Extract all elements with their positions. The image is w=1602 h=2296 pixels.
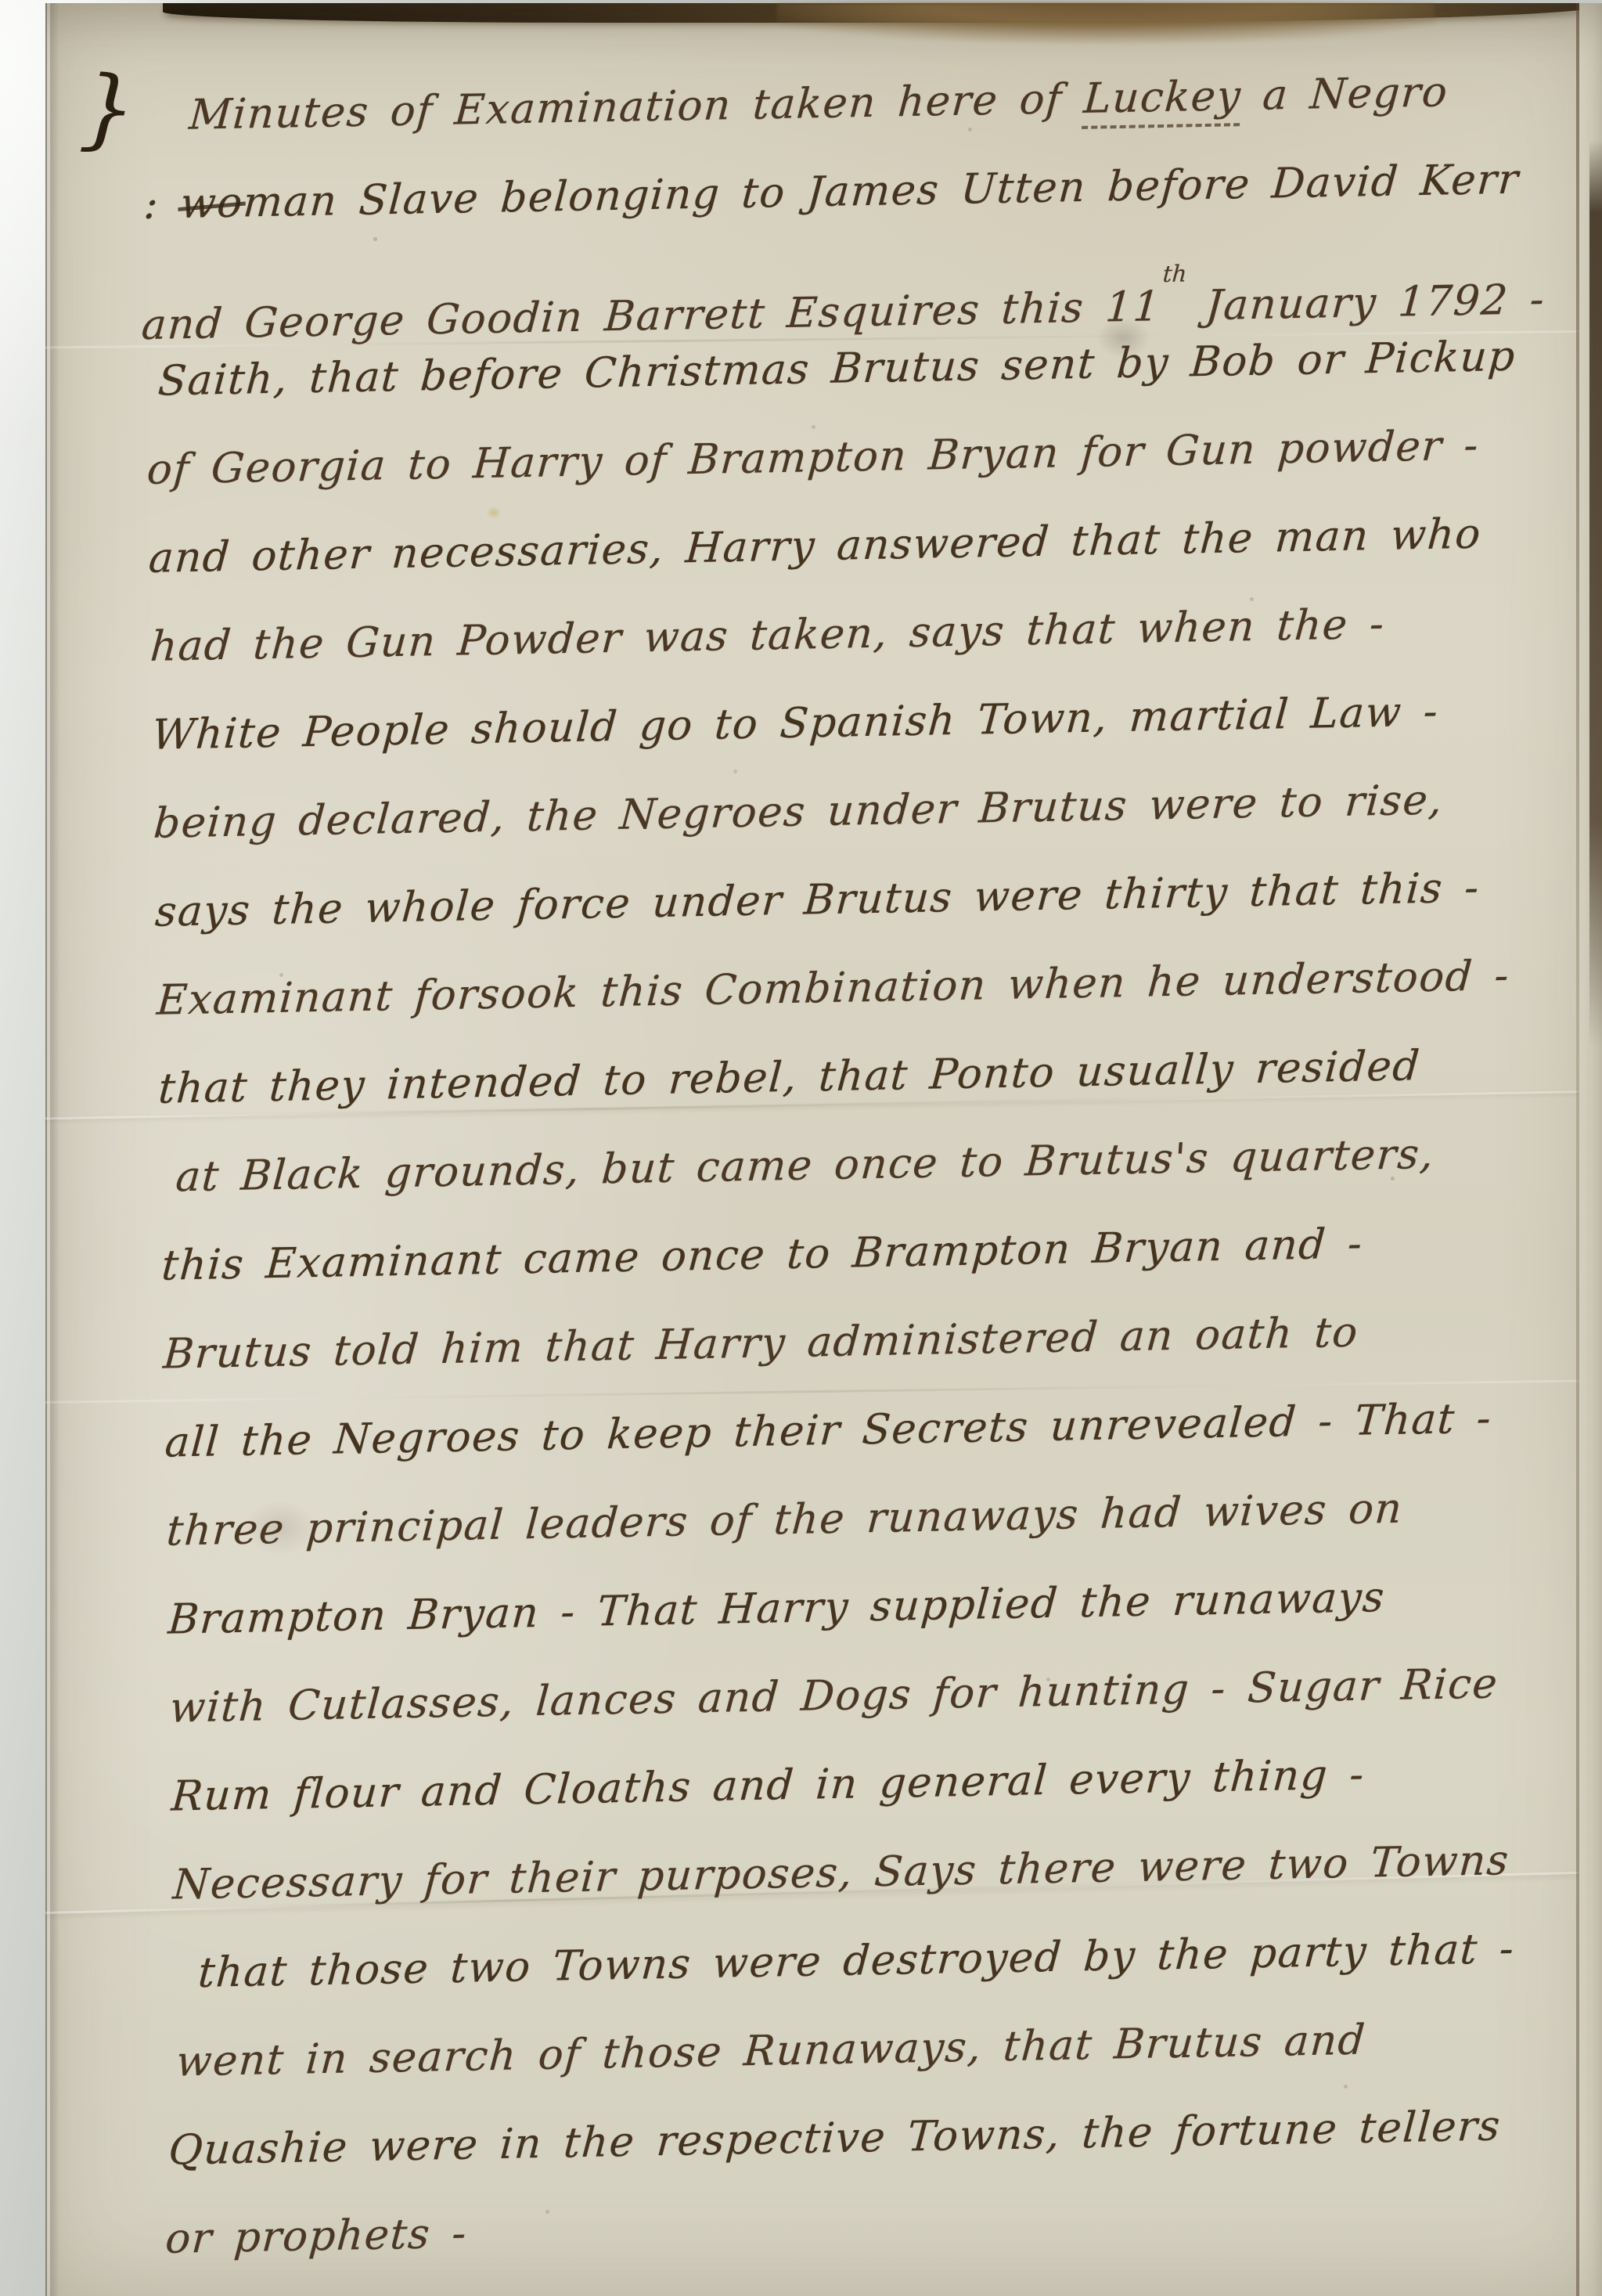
- text-segment: Minutes of Examination taken here of: [188, 75, 1085, 139]
- photo-backdrop: } Minutes of Examination taken here of L…: [0, 0, 1602, 2296]
- text-segment: being declared, the Negroes under Brutus…: [152, 777, 1445, 848]
- text-segment: a Negro: [1240, 68, 1449, 120]
- text-struck: wo: [179, 178, 245, 228]
- text-sup: th: [1162, 260, 1188, 287]
- text-segment: at Black grounds, but came once to Brutu…: [175, 1130, 1436, 1202]
- text-segment: three principal leaders of the runaways …: [165, 1485, 1405, 1555]
- text-segment: of Georgia to Harry of Brampton Bryan fo…: [146, 422, 1481, 494]
- text-segment: and other necessaries, Harry answered th…: [147, 510, 1483, 582]
- manuscript-text: Minutes of Examination taken here of Luc…: [136, 44, 1602, 2282]
- text-segment: with Cutlasses, lances and Dogs for hunt…: [168, 1660, 1499, 1732]
- text-segment: Rum flour and Cloaths and in general eve…: [170, 1751, 1366, 1821]
- text-segment: Brampton Bryan - That Harry supplied the…: [167, 1573, 1387, 1644]
- margin-brace-mark: }: [77, 56, 139, 161]
- text-segment: says the whole force under Brutus were t…: [153, 864, 1481, 936]
- text-segment: had the Gun Powder was taken, says that …: [149, 600, 1386, 671]
- text-segment: or prophets -: [164, 2210, 469, 2263]
- text-segment: Necessary for their purposes, Says there…: [171, 1836, 1510, 1909]
- text-segment: went in search of those Runaways, that B…: [175, 2017, 1367, 2086]
- text-segment: that those two Towns were destroyed by t…: [196, 1925, 1516, 1997]
- text-segment: that they intended to rebel, that Ponto …: [157, 1042, 1422, 1113]
- ink-speckles: [45, 3, 48, 5]
- text-segment: man Slave belonging to James Utten befor…: [242, 156, 1521, 227]
- text-segment: Saith, that before Christmas Brutus sent…: [157, 333, 1517, 405]
- text-segment: this Examinant came once to Brampton Bry…: [160, 1220, 1365, 1289]
- text-segment: Quashie were in the respective Towns, th…: [167, 2102, 1503, 2174]
- text-underline: Luckey: [1082, 72, 1243, 129]
- text-segment: Examinant forsook this Combination when …: [155, 952, 1511, 1025]
- text-segment: all the Negroes to keep their Secrets un…: [164, 1395, 1494, 1467]
- text-segment: :: [142, 180, 182, 229]
- manuscript-page: } Minutes of Examination taken here of L…: [45, 3, 1602, 2296]
- text-segment: Brutus told him that Harry administered …: [162, 1309, 1360, 1379]
- page-stack-edges: [45, 3, 59, 2296]
- binding-tape-smudge: [777, 3, 1435, 45]
- text-segment: White People should go to Spanish Town, …: [150, 688, 1440, 759]
